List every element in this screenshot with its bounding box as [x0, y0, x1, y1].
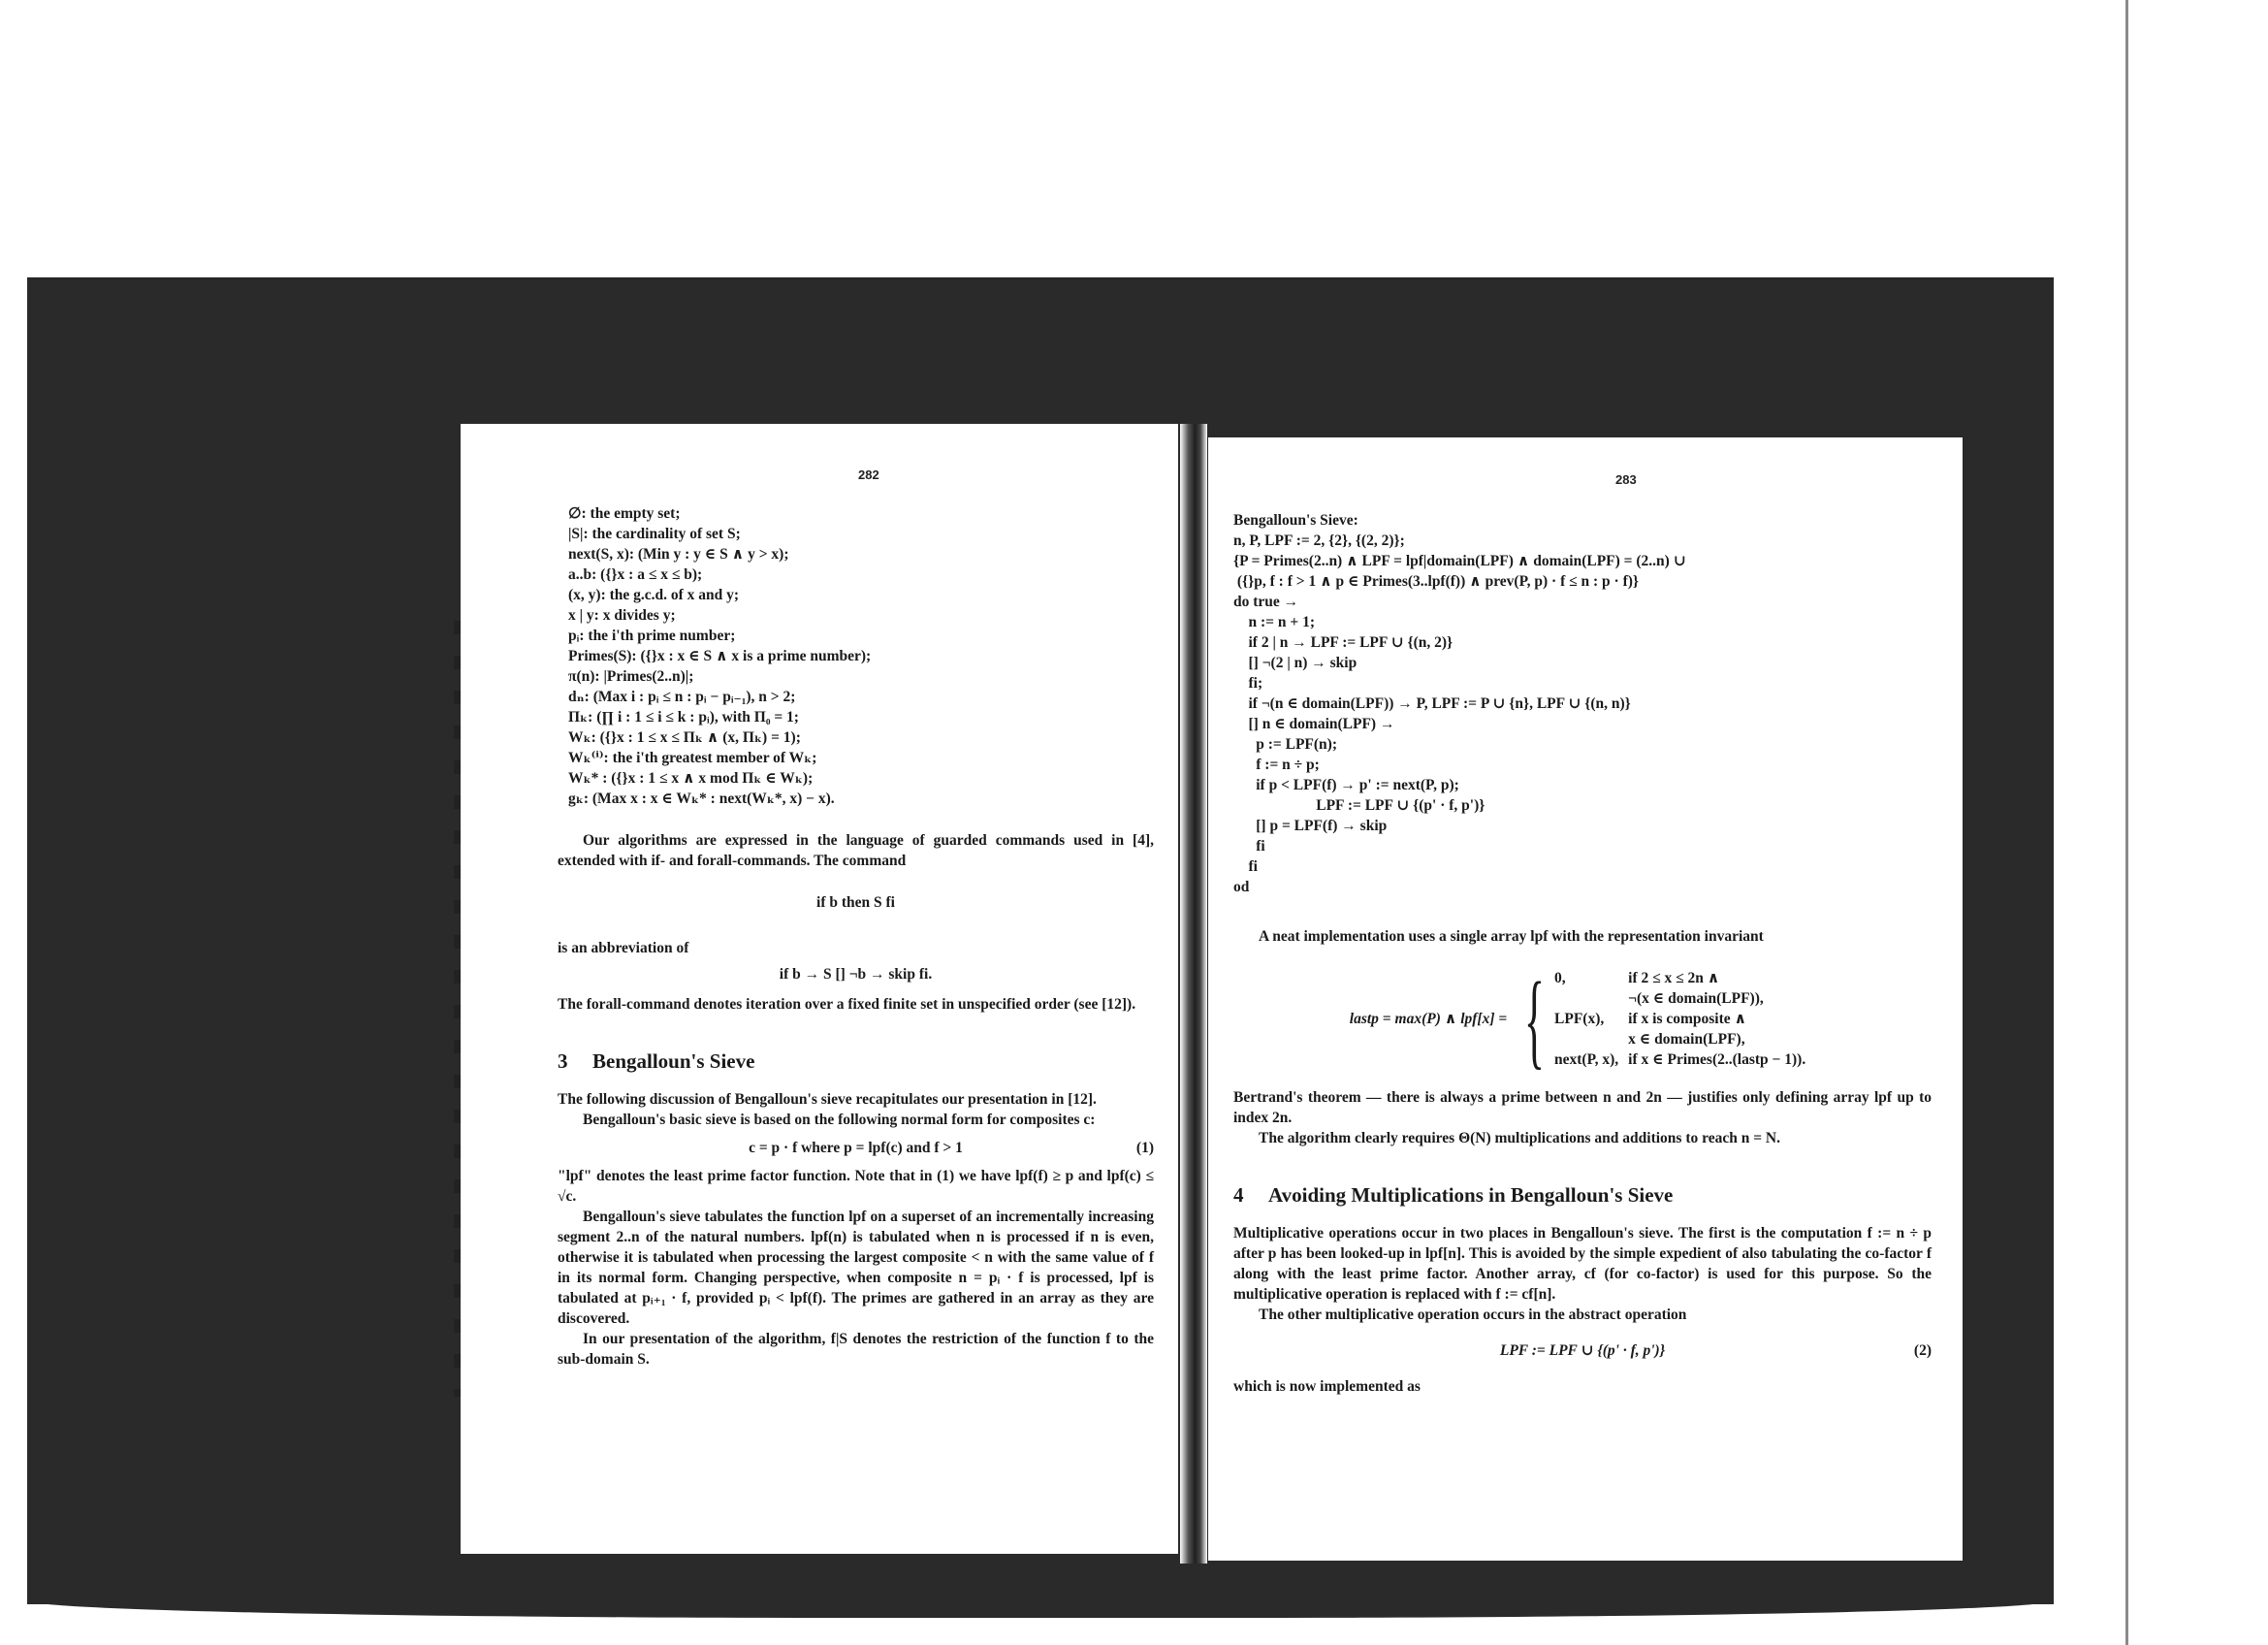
definition-item: gₖ: (Max x : x ∈ Wₖ* : next(Wₖ*, x) − x)… [568, 789, 1154, 809]
algorithm-line: od [1233, 877, 1932, 897]
equation-1-body: c = p · f where p = lpf(c) and f > 1 [749, 1140, 963, 1156]
paragraph-guarded-commands: Our algorithms are expressed in the lang… [558, 830, 1154, 871]
paragraph-presentation: In our presentation of the algorithm, f|… [558, 1329, 1154, 1370]
algorithm-line: p := LPF(n); [1233, 734, 1932, 755]
definition-item: π(n): |Primes(2..n)|; [568, 666, 1154, 687]
definition-item: (x, y): the g.c.d. of x and y; [568, 585, 1154, 605]
definition-item: Primes(S): ({}x : x ∈ S ∧ x is a prime n… [568, 646, 1154, 666]
invariant-lhs: lastp = max(P) ∧ lpf[x] = [1350, 1009, 1507, 1029]
paragraph-forall: The forall-command denotes iteration ove… [558, 994, 1154, 1015]
paragraph-following: The following discussion of Bengalloun's… [558, 1089, 1154, 1110]
equation-1-number: (1) [1136, 1138, 1154, 1158]
algorithm-line: fi [1233, 836, 1932, 856]
algorithm-line: [] p = LPF(f) → skip [1233, 816, 1932, 836]
algorithm-line: if p < LPF(f) → p' := next(P, p); [1233, 775, 1932, 795]
definition-item: Πₖ: (∏ i : 1 ≤ i ≤ k : pᵢ), with Π₀ = 1; [568, 707, 1154, 727]
equation-1: c = p · f where p = lpf(c) and f > 1 (1) [558, 1138, 1154, 1158]
algorithm-line: n := n + 1; [1233, 612, 1932, 632]
definition-item: Wₖ* : ({}x : 1 ≤ x ∧ x mod Πₖ ∈ Wₖ); [568, 768, 1154, 789]
equation-2-number: (2) [1914, 1340, 1932, 1361]
left-brace: { [1524, 971, 1545, 1068]
case-row: ¬(x ∈ domain(LPF)), [1554, 988, 1815, 1009]
page-number: 282 [858, 468, 879, 482]
paragraph-multiplicative: Multiplicative operations occur in two p… [1233, 1223, 1932, 1305]
definition-item: a..b: ({}x : a ≤ x ≤ b); [568, 564, 1154, 585]
paragraph-requires: The algorithm clearly requires Θ(N) mult… [1233, 1128, 1932, 1148]
algorithm-line: n, P, LPF := 2, {2}, {(2, 2)}; [1233, 531, 1932, 551]
algorithm-title: Bengalloun's Sieve: [1233, 510, 1932, 531]
paragraph-lpf: "lpf" denotes the least prime factor fun… [558, 1166, 1154, 1207]
definition-item: Wₖ: ({}x : 1 ≤ x ≤ Πₖ ∧ (x, Πₖ) = 1); [568, 727, 1154, 748]
left-page-content: ∅: the empty set; |S|: the cardinality o… [558, 503, 1154, 1370]
section-heading-4: 4Avoiding Multiplications in Bengalloun'… [1233, 1185, 1932, 1206]
notation-definitions: ∅: the empty set; |S|: the cardinality o… [568, 503, 1154, 809]
algorithm-line: ({}p, f : f > 1 ∧ p ∈ Primes(3..lpf(f)) … [1233, 571, 1932, 592]
definition-item: dₙ: (Max i : pᵢ ≤ n : pᵢ − pᵢ₋₁), n > 2; [568, 687, 1154, 707]
case-row: next(P, x),if x ∈ Primes(2..(lastp − 1))… [1554, 1049, 1815, 1070]
definition-item: x | y: x divides y; [568, 605, 1154, 626]
algorithm-line: [] n ∈ domain(LPF) → [1233, 714, 1932, 734]
scan-edge-rule [2125, 0, 2128, 1645]
page-number: 283 [1615, 472, 1637, 487]
display-if-guard: if b → S [] ¬b → skip fi. [558, 964, 1154, 984]
algorithm-line: fi [1233, 856, 1932, 877]
algorithm-line: {P = Primes(2..n) ∧ LPF = lpf|domain(LPF… [1233, 551, 1932, 571]
definition-item: pᵢ: the i'th prime number; [568, 626, 1154, 646]
definition-item: next(S, x): (Min y : y ∈ S ∧ y > x); [568, 544, 1154, 564]
invariant-cases: 0,if 2 ≤ x ≤ 2n ∧ ¬(x ∈ domain(LPF)), LP… [1554, 968, 1815, 1070]
paragraph-abbreviation: is an abbreviation of [558, 938, 1154, 958]
definition-item: |S|: the cardinality of set S; [568, 524, 1154, 544]
right-page: 283 Bengalloun's Sieve: n, P, LPF := 2, … [1208, 437, 1963, 1561]
paragraph-other-operation: The other multiplicative operation occur… [1233, 1305, 1932, 1325]
equation-2-body: LPF := LPF ∪ {(p' · f, p')} [1500, 1342, 1665, 1359]
representation-invariant: lastp = max(P) ∧ lpf[x] = { 0,if 2 ≤ x ≤… [1233, 968, 1932, 1070]
paragraph-neat-implementation: A neat implementation uses a single arra… [1233, 926, 1932, 947]
algorithm-line: if 2 | n → LPF := LPF ∪ {(n, 2)} [1233, 632, 1932, 653]
algorithm-line: fi; [1233, 673, 1932, 693]
paragraph-bertrand: Bertrand's theorem — there is always a p… [1233, 1087, 1932, 1128]
paragraph-tabulates: Bengalloun's sieve tabulates the functio… [558, 1207, 1154, 1329]
left-page: 282 ∅: the empty set; |S|: the cardinali… [461, 424, 1178, 1554]
algorithm-line: if ¬(n ∈ domain(LPF)) → P, LPF := P ∪ {n… [1233, 693, 1932, 714]
case-row: x ∈ domain(LPF), [1554, 1029, 1815, 1049]
equation-2: LPF := LPF ∪ {(p' · f, p')} (2) [1233, 1340, 1932, 1361]
paragraph-implemented: which is now implemented as [1233, 1376, 1932, 1397]
algorithm-line: [] ¬(2 | n) → skip [1233, 653, 1932, 673]
paragraph-basic-sieve: Bengalloun's basic sieve is based on the… [558, 1110, 1154, 1130]
algorithm-line: do true → [1233, 592, 1932, 612]
algorithm-line: f := n ÷ p; [1233, 755, 1932, 775]
case-row: 0,if 2 ≤ x ≤ 2n ∧ [1554, 968, 1815, 988]
definition-item: ∅: the empty set; [568, 503, 1154, 524]
book-gutter [1180, 424, 1207, 1564]
case-row: LPF(x),if x is composite ∧ [1554, 1009, 1815, 1029]
algorithm-listing: n, P, LPF := 2, {2}, {(2, 2)}; {P = Prim… [1233, 531, 1932, 897]
algorithm-line: LPF := LPF ∪ {(p' · f, p')} [1233, 795, 1932, 816]
definition-item: Wₖ⁽ⁱ⁾: the i'th greatest member of Wₖ; [568, 748, 1154, 768]
scanner-background-edge [27, 1600, 2054, 1618]
display-if-then: if b then S fi [558, 892, 1154, 913]
right-page-content: Bengalloun's Sieve: n, P, LPF := 2, {2},… [1233, 510, 1932, 1397]
section-heading-3: 3Bengalloun's Sieve [558, 1051, 1154, 1072]
